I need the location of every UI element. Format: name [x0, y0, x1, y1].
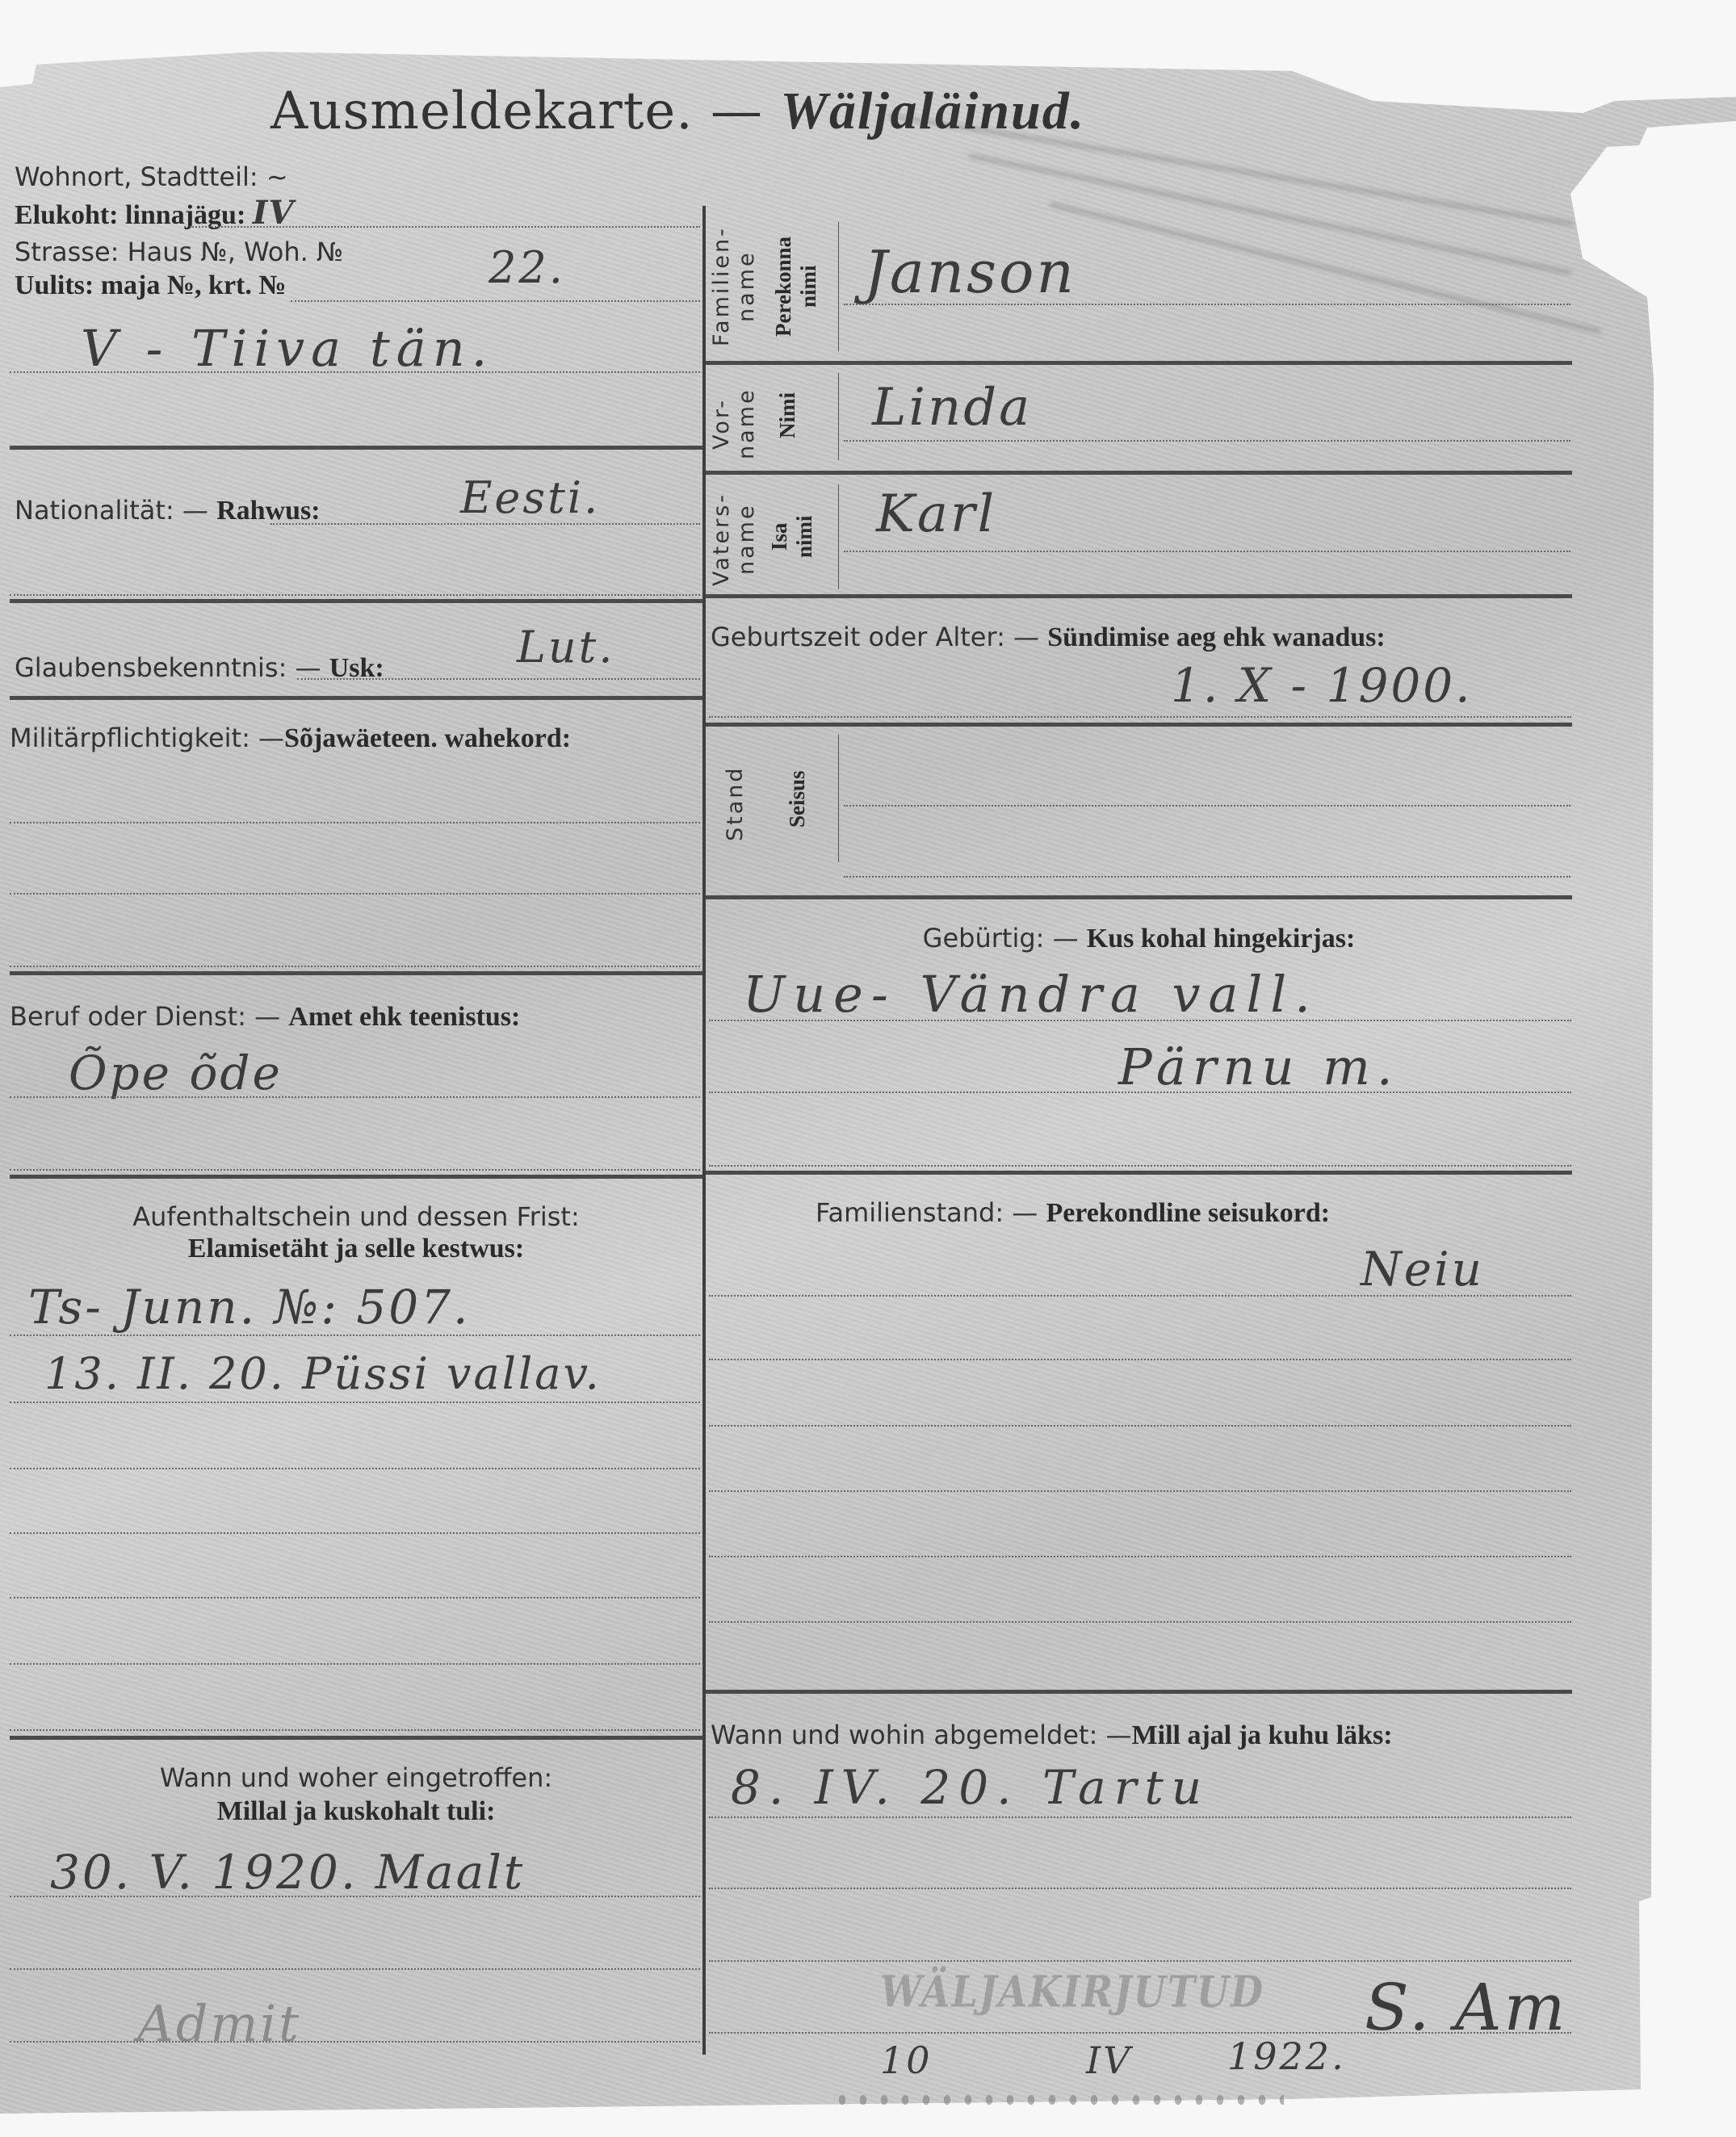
religion-line	[297, 678, 700, 680]
arrival-line-1	[10, 1896, 700, 1897]
street-line-1	[291, 300, 700, 302]
father-name-label-de: Vaters-name	[709, 483, 759, 596]
nationality-value[interactable]: Eesti.	[460, 472, 600, 523]
section-rule	[706, 594, 1572, 598]
family-name-value[interactable]: Janson	[864, 238, 1076, 306]
family-status-line-1	[709, 1295, 1571, 1297]
permit-line-2	[10, 1402, 700, 1403]
religion-value[interactable]: Lut.	[517, 622, 615, 673]
family-status-label: Familienstand: — Perekondline seisukord:	[816, 1197, 1330, 1229]
first-name-label-de: Vor-name	[709, 371, 759, 476]
profession-line-1	[10, 1096, 700, 1098]
family-status-value[interactable]: Neiu	[1361, 1242, 1484, 1297]
permit-line-7	[10, 1729, 700, 1731]
military-line-2	[10, 893, 700, 895]
father-name-value[interactable]: Karl	[876, 484, 996, 544]
permit-value-line-2[interactable]: 13. II. 20. Püssi vallav.	[44, 1348, 602, 1399]
nationality-label: Nationalität: — Rahwus:	[15, 495, 321, 526]
title-german: Ausmeldekarte.	[270, 82, 694, 141]
arrival-line-3	[10, 2041, 700, 2043]
first-name-label-et: Nimi	[775, 375, 800, 456]
section-rule	[706, 723, 1572, 727]
first-name-value[interactable]: Linda	[872, 378, 1032, 438]
nationality-line-2	[10, 594, 700, 596]
arrival-label-et: Millal ja kuskohalt tuli:	[10, 1796, 702, 1827]
family-name-label-et: Perekonnanimi	[771, 218, 821, 355]
birth-label: Geburtszeit oder Alter: — Sündimise aeg …	[711, 622, 1386, 653]
label-separator	[838, 222, 839, 351]
birthplace-line-2	[709, 1092, 1571, 1093]
section-rule	[10, 1175, 702, 1179]
section-rule	[10, 971, 702, 975]
father-name-line	[844, 551, 1570, 552]
departure-line-3	[709, 1960, 1571, 1962]
family-status-line-4	[709, 1490, 1571, 1492]
column-divider	[702, 206, 706, 2055]
first-name-line	[844, 440, 1570, 442]
birthplace-value-line-1[interactable]: Uue- Vändra vall.	[743, 965, 1319, 1024]
section-rule	[706, 1690, 1572, 1694]
family-status-line-6	[709, 1621, 1571, 1623]
profession-value[interactable]: Õpe õde	[69, 1045, 283, 1100]
street-label-de: Strasse: Haus №, Woh. №	[15, 237, 343, 267]
family-status-line-5	[709, 1556, 1571, 1557]
permit-line-5	[10, 1597, 700, 1599]
profession-line-2	[10, 1169, 700, 1171]
status-label-et: Seisus	[785, 755, 810, 844]
street-line-2	[10, 371, 700, 373]
status-line-1	[844, 805, 1570, 807]
stamp-month: IV	[1086, 2039, 1132, 2082]
status-line-2	[844, 876, 1570, 878]
departure-line-1	[709, 1816, 1571, 1818]
section-rule	[706, 361, 1572, 365]
apartment-number-value[interactable]: 22.	[489, 242, 565, 293]
section-rule	[10, 696, 702, 700]
arrival-line-2	[10, 1968, 700, 1970]
father-name-label-et: Isanimi	[767, 484, 817, 589]
family-status-line-2	[709, 1359, 1571, 1360]
document-title: Ausmeldekarte. — Wäljaläinud.	[270, 81, 1085, 142]
permit-value-line-1[interactable]: Ts- Junn. №: 507.	[28, 1280, 470, 1335]
arrival-value[interactable]: 30. V. 1920. Maalt	[50, 1845, 525, 1900]
title-dash: —	[711, 82, 763, 141]
family-status-line-3	[709, 1425, 1571, 1427]
departure-line-2	[709, 1888, 1571, 1889]
section-rule	[10, 599, 702, 603]
permit-line-3	[10, 1468, 700, 1469]
street-label-et: Uulits: maja №, krt. №	[15, 270, 287, 301]
profession-label: Beruf oder Dienst: — Amet ehk teenistus:	[10, 1001, 520, 1033]
departure-label: Wann und wohin abgemeldet: —Mill ajal ja…	[711, 1720, 1393, 1751]
dismissal-stamp: WÄLJAKIRJUTUD	[880, 1967, 1264, 2017]
stamp-year: 1922.	[1227, 2034, 1346, 2078]
military-line-3	[10, 966, 700, 967]
birth-line	[709, 716, 1571, 718]
district-dash-value: ~	[266, 161, 288, 192]
label-separator	[838, 373, 839, 460]
stamp-day: 10	[880, 2039, 933, 2082]
arrival-label-de: Wann und woher eingetroffen:	[10, 1762, 702, 1793]
birthplace-line-1	[709, 1020, 1571, 1021]
label-separator	[838, 484, 839, 589]
permit-line-4	[10, 1532, 700, 1534]
permit-label-et: Elamisetäht ja selle kestwus:	[10, 1234, 702, 1264]
title-estonian: Wäljaläinud.	[780, 82, 1085, 140]
section-rule	[10, 446, 702, 450]
status-label-de: Stand	[723, 751, 748, 856]
arrival-signature: Admit	[137, 1994, 301, 2053]
family-name-label-de: Familien-name	[709, 218, 759, 355]
street-value[interactable]: V - Tiiva tän.	[81, 319, 493, 378]
birth-value[interactable]: 1. X - 1900.	[1171, 658, 1473, 713]
residence-label-de: Wohnort, Stadtteil: ~	[15, 161, 288, 192]
military-label: Militärpflichtigkeit: —Sõjawäeteen. wahe…	[10, 723, 571, 754]
residence-district-line	[190, 226, 700, 228]
birthplace-value-line-2[interactable]: Pärnu m.	[1118, 1037, 1399, 1096]
label-separator	[838, 735, 839, 862]
section-rule	[706, 1171, 1572, 1175]
permit-line-1	[10, 1335, 700, 1336]
family-name-line	[844, 304, 1570, 305]
birthplace-line-3	[709, 1165, 1571, 1167]
section-rule	[706, 895, 1572, 899]
nationality-line-1	[270, 523, 700, 525]
section-rule	[10, 1736, 702, 1740]
military-line-1	[10, 822, 700, 823]
departure-value[interactable]: 8. IV. 20. Tartu	[731, 1760, 1210, 1815]
section-rule	[706, 471, 1572, 475]
permit-line-6	[10, 1663, 700, 1665]
official-signature: S. Am	[1365, 1970, 1567, 2045]
stamp-perforation	[832, 2091, 1284, 2109]
permit-label-de: Aufenthaltschein und dessen Frist:	[10, 1201, 702, 1232]
birthplace-label: Gebürtig: — Kus kohal hingekirjas:	[706, 923, 1572, 954]
